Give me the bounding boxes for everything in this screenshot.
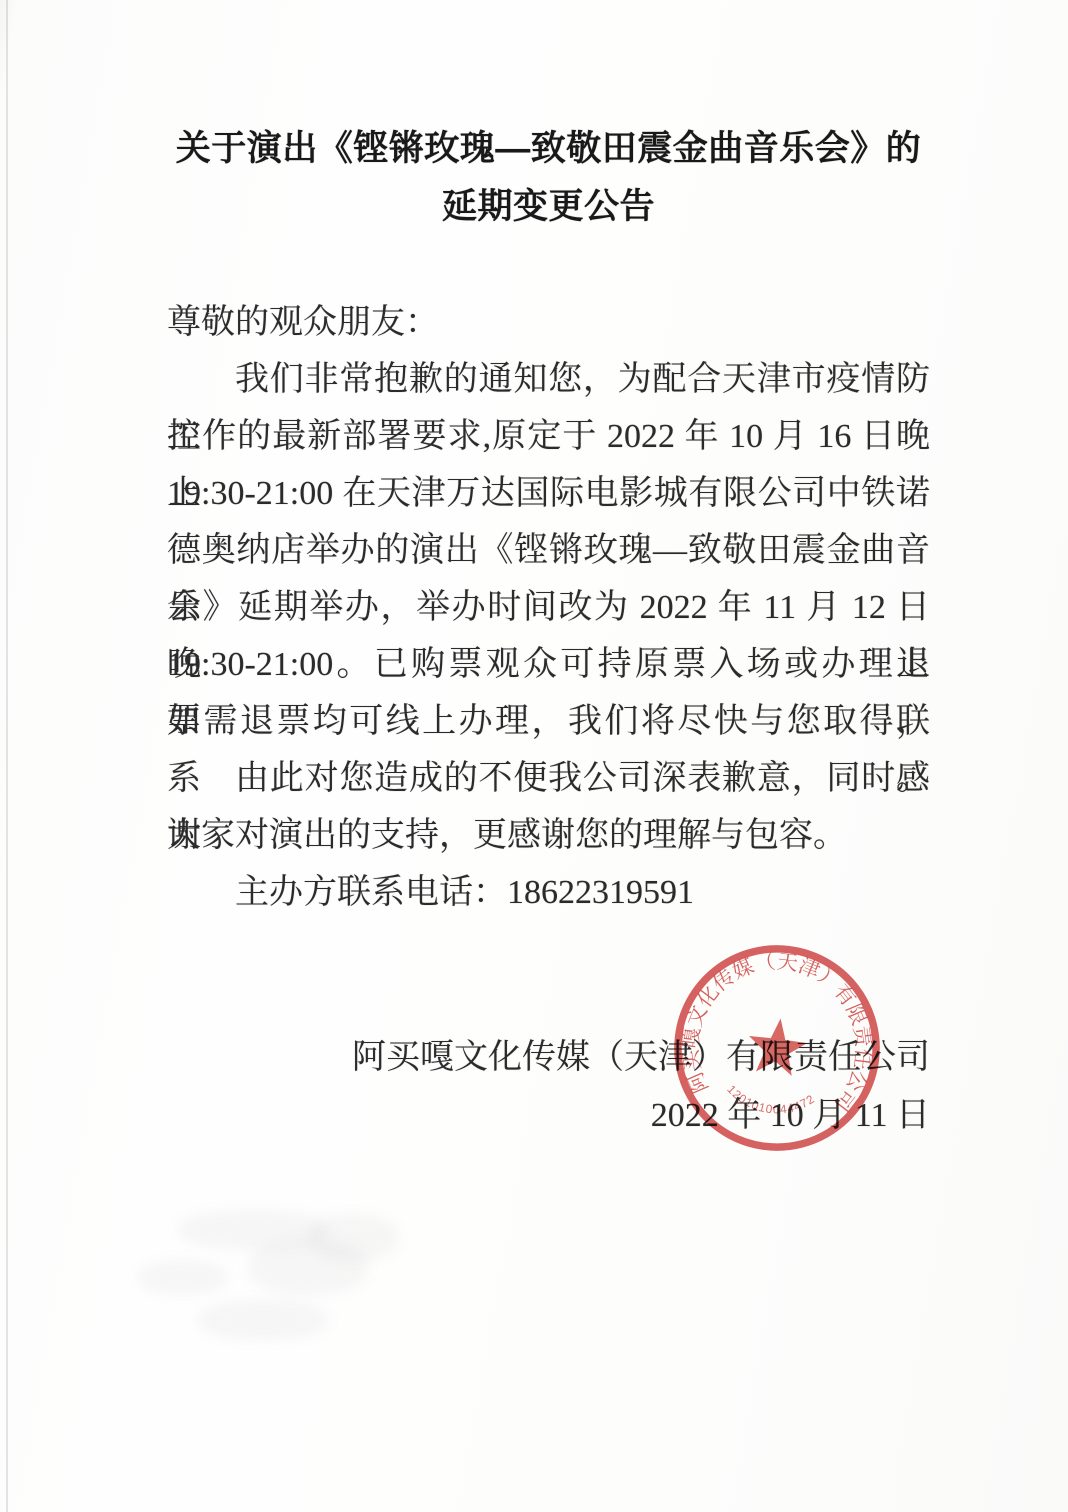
bleed-smudge xyxy=(308,1215,398,1260)
body-line: 我们非常抱歉的通知您，为配合天津市疫情防控 xyxy=(167,351,930,408)
body-text: 尊敬的观众朋友： 我们非常抱歉的通知您，为配合天津市疫情防控 工作的最新部署要求… xyxy=(167,294,930,921)
page-bleed-through-marks xyxy=(108,1205,428,1365)
bleed-smudge xyxy=(198,1300,328,1340)
body-line: 德奥纳店举办的演出《铿锵玫瑰—致敬田震金曲音乐 xyxy=(167,522,930,579)
body-line: 大家对演出的支持，更感谢您的理解与包容。 xyxy=(167,807,930,864)
title-line-1: 关于演出《铿锵玫瑰—致敬田震金曲音乐会》的 xyxy=(167,120,930,178)
seal-star-icon xyxy=(745,1015,810,1077)
photo-edge-line xyxy=(6,0,8,1512)
contact-phone-line: 主办方联系电话：18622319591 xyxy=(167,864,930,921)
announcement-page: 关于演出《铿锵玫瑰—致敬田震金曲音乐会》的 延期变更公告 尊敬的观众朋友： 我们… xyxy=(0,0,1068,1512)
body-line: 工作的最新部署要求,原定于 2022 年 10 月 16 日晚上 xyxy=(167,408,930,465)
body-line: 由此对您造成的不便我公司深表歉意，同时感谢 xyxy=(167,750,930,807)
salutation-line: 尊敬的观众朋友： xyxy=(167,294,930,351)
title-line-2: 延期变更公告 xyxy=(167,178,930,236)
seal-serial-number: 1201010044472 xyxy=(722,1081,819,1122)
body-line: 如需退票均可线上办理，我们将尽快与您取得联系。 xyxy=(167,693,930,750)
body-line: 19:30-21:00 在天津万达国际电影城有限公司中铁诺 xyxy=(167,465,930,522)
bleed-smudge xyxy=(248,1240,368,1295)
document-title: 关于演出《铿锵玫瑰—致敬田震金曲音乐会》的 延期变更公告 xyxy=(167,120,930,236)
bleed-smudge xyxy=(138,1260,228,1295)
bleed-smudge xyxy=(178,1210,328,1250)
body-line: 19:30-21:00。已购票观众可持原票入场或办理退票， xyxy=(167,636,930,693)
body-line: 会》延期举办，举办时间改为 2022 年 11 月 12 日晚上 xyxy=(167,579,930,636)
svg-text:1201010044472: 1201010044472 xyxy=(722,1081,819,1122)
company-seal-stamp: 阿买嘎文化传媒（天津）有限责任公司 1201010044472 xyxy=(656,927,899,1170)
